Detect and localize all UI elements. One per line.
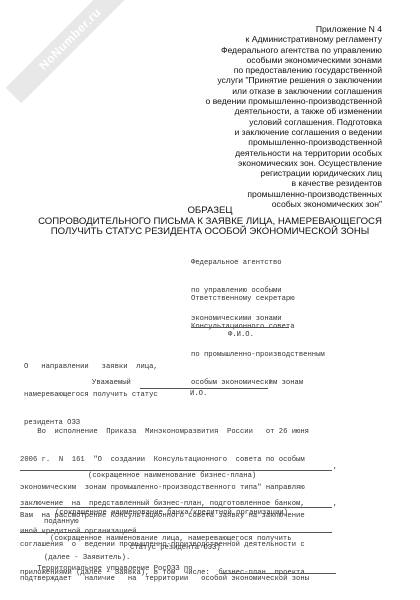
comma: ,	[333, 500, 337, 509]
greeting-punct: !	[268, 379, 272, 388]
appendix-line: экономических зон. Осуществление	[182, 158, 382, 168]
greeting-caption: И.О.	[190, 390, 207, 399]
appendix-line: промышленно-производственных	[182, 189, 382, 199]
title-line: ПОЛУЧИТЬ СТАТУС РЕЗИДЕНТА ОСОБОЙ ЭКОНОМИ…	[0, 227, 420, 238]
body-paragraph-3b: подтверждает наличие на территории особо…	[20, 575, 309, 584]
appendix-header: Приложение N 4 к Административному регла…	[182, 24, 382, 209]
body-paragraph-3: Территориальное управление РосОЭЗ по	[20, 565, 193, 574]
fio-caption: Ф.И.О.	[228, 331, 254, 340]
body-line: Во исполнение Приказа Минэкономразвития …	[20, 428, 309, 437]
caption-bplan: (сокращенное наименование бизнес-плана)	[88, 472, 256, 481]
fio-signature-line	[191, 327, 289, 328]
greeting-name-line	[140, 388, 268, 389]
appendix-line: к Административному регламенту	[182, 34, 382, 44]
person-fill-line	[20, 532, 332, 533]
caption-person: (сокращенное наименование лица, намерева…	[50, 535, 292, 544]
greeting-label: Уважаемый	[92, 379, 131, 388]
appendix-line: и заключение соглашения о ведении	[182, 127, 382, 137]
subject-line: намеревающегося получить статус	[24, 391, 158, 400]
caption-person-2: статус резидента ОЭЗ)	[130, 544, 221, 553]
applicant-label: (далее - Заявитель).	[44, 554, 130, 563]
addressee-line: Федеральное агентство	[191, 259, 282, 268]
appendix-line: особыми экономическими зонами	[182, 55, 382, 65]
appendix-line: условий соглашения. Подготовка	[182, 117, 382, 127]
appendix-line: Федерального агентства по управлению	[182, 45, 382, 55]
appendix-line: или отказе в заключении соглашения	[182, 86, 382, 96]
appendix-line: регистрации юридических лиц	[182, 168, 382, 178]
watermark: NoNumber.ru	[6, 0, 135, 103]
comma: ,	[333, 463, 337, 472]
caption-bank: (сокращенное наименование банка/кредитно…	[55, 509, 288, 518]
appendix-line: о ведении промышленно-производственной	[182, 96, 382, 106]
subject-line: О направлении заявки лица,	[24, 363, 158, 372]
addressee-line: по промышленно-производственным	[191, 351, 325, 360]
addressee-secretary: Ответственному секретарю Консультационно…	[191, 276, 325, 398]
submitted-label: поданную	[44, 518, 79, 527]
appendix-line: промышленно-производственной	[182, 137, 382, 147]
appendix-line: по предоставлению государственной	[182, 65, 382, 75]
appendix-line: деятельности, а также об изменении	[182, 106, 382, 116]
bplan-fill-line	[20, 470, 332, 471]
body-line: 2006 г. N 161 "О создании Консультационн…	[20, 456, 309, 465]
appendix-line: в качестве резидентов	[182, 178, 382, 188]
appendix-line: Приложение N 4	[182, 24, 382, 34]
title-line: ОБРАЗЕЦ	[0, 206, 420, 217]
territory-fill-line	[220, 573, 336, 574]
bank-fill-line	[20, 507, 332, 508]
appendix-line: деятельности на территории особых	[182, 148, 382, 158]
appendix-line: услуги "Принятие решения о заключении	[182, 75, 382, 85]
addressee-line: Ответственному секретарю	[191, 295, 325, 304]
document-title: ОБРАЗЕЦ СОПРОВОДИТЕЛЬНОГО ПИСЬМА К ЗАЯВК…	[0, 206, 420, 238]
